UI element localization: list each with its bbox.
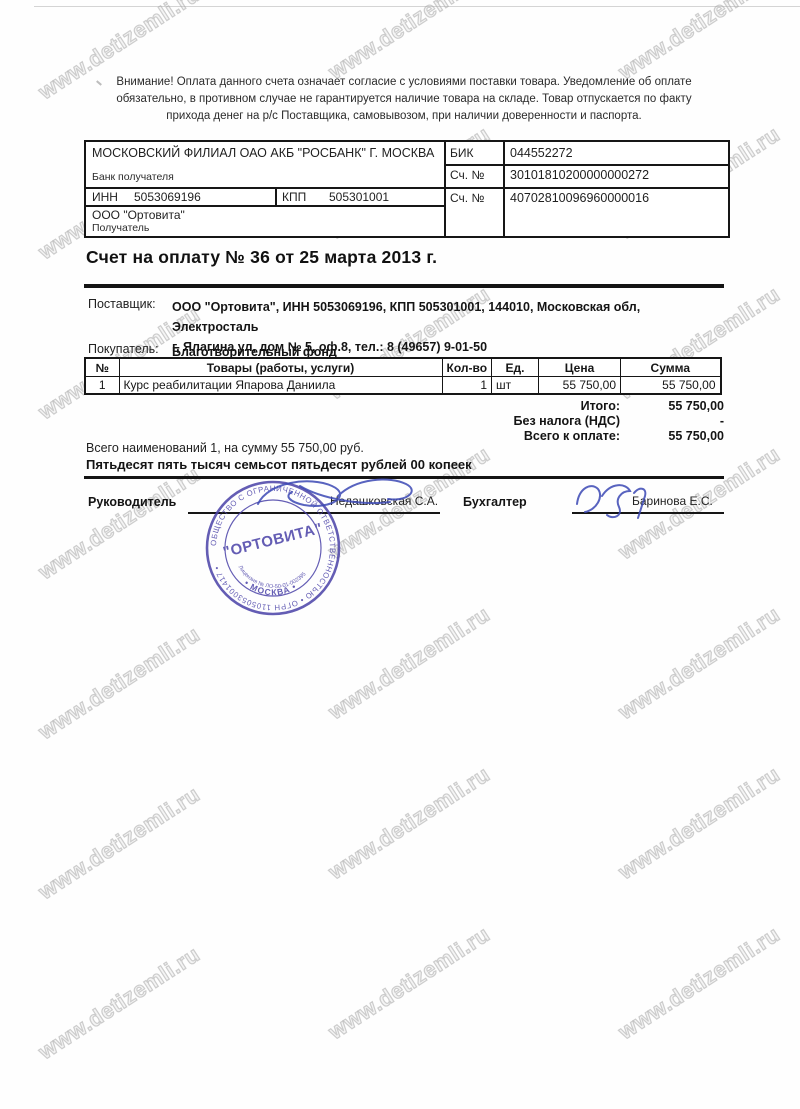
- kpp-label: КПП: [282, 190, 306, 204]
- document-content: Внимание! Оплата данного счета означает …: [0, 0, 800, 1109]
- col-price: Цена: [539, 358, 621, 377]
- item-unit: шт: [492, 377, 539, 395]
- item-qty: 1: [442, 377, 492, 395]
- item-price: 55 750,00: [539, 377, 621, 395]
- inn-label: ИНН: [92, 190, 118, 204]
- items-table-header-row: № Товары (работы, услуги) Кол-во Ед. Цен…: [85, 358, 721, 377]
- vat-value: -: [604, 414, 724, 428]
- col-qty: Кол-во: [442, 358, 492, 377]
- notice-line-3: прихода денег на р/с Поставщика, самовыв…: [84, 108, 724, 125]
- item-sum: 55 750,00: [621, 377, 721, 395]
- items-count-line: Всего наименований 1, на сумму 55 750,00…: [86, 441, 364, 455]
- total-value: 55 750,00: [604, 429, 724, 443]
- bik-label: БИК: [450, 146, 474, 160]
- title-rule: [84, 284, 724, 288]
- corr-account-label: Сч. №: [450, 168, 484, 182]
- invoice-page: www.detizemli.ruwww.detizemli.ruwww.deti…: [0, 0, 800, 1109]
- bank-name: МОСКОВСКИЙ ФИЛИАЛ ОАО АКБ "РОСБАНК" Г. М…: [92, 146, 434, 160]
- notice-line-2: обязательно, в противном случае не гаран…: [84, 91, 724, 108]
- buyer-label: Покупатель:: [88, 342, 159, 356]
- subtotal-label: Итого:: [420, 399, 620, 413]
- col-sum: Сумма: [621, 358, 721, 377]
- col-number: №: [85, 358, 119, 377]
- accountant-signature-scribble: [563, 474, 658, 524]
- table-divider: [275, 187, 277, 205]
- corr-account-value: 30101810200000000272: [510, 168, 649, 182]
- bank-name-label: Банк получателя: [92, 171, 174, 183]
- item-description: Курс реабилитации Япарова Даниила: [119, 377, 442, 395]
- director-signature-scribble: [240, 472, 455, 520]
- payee-name: ООО "Ортовита": [92, 208, 185, 222]
- amount-in-words: Пятьдесят пять тысяч семьсот пятьдесят р…: [86, 457, 472, 472]
- total-label: Всего к оплате:: [420, 429, 620, 443]
- items-table: № Товары (работы, услуги) Кол-во Ед. Цен…: [84, 357, 722, 395]
- kpp-value: 505301001: [329, 190, 389, 204]
- bik-value: 044552272: [510, 146, 573, 160]
- supplier-label: Поставщик:: [88, 297, 156, 311]
- director-label: Руководитель: [88, 495, 176, 509]
- table-divider: [444, 164, 728, 166]
- item-number: 1: [85, 377, 119, 395]
- vat-label: Без налога (НДС): [420, 414, 620, 428]
- account-value: 40702810096960000016: [510, 191, 649, 205]
- col-unit: Ед.: [492, 358, 539, 377]
- table-row: 1 Курс реабилитации Япарова Даниила 1 шт…: [85, 377, 721, 395]
- subtotal-value: 55 750,00: [604, 399, 724, 413]
- bank-details-table: МОСКОВСКИЙ ФИЛИАЛ ОАО АКБ "РОСБАНК" Г. М…: [84, 140, 730, 238]
- account-label: Сч. №: [450, 191, 484, 205]
- col-goods: Товары (работы, услуги): [119, 358, 442, 377]
- notice-line-1: Внимание! Оплата данного счета означает …: [84, 74, 724, 91]
- payment-notice: Внимание! Оплата данного счета означает …: [84, 74, 724, 125]
- table-divider: [444, 142, 446, 236]
- table-divider: [86, 205, 444, 207]
- invoice-title: Счет на оплату № 36 от 25 марта 2013 г.: [86, 247, 437, 268]
- supplier-line-1: ООО "Ортовита", ИНН 5053069196, КПП 5053…: [172, 297, 728, 337]
- table-divider: [86, 187, 728, 189]
- table-divider: [503, 142, 505, 236]
- payee-label: Получатель: [92, 222, 149, 234]
- accountant-label: Бухгалтер: [463, 495, 527, 509]
- stamp-company-name: "ОРТОВИТА": [221, 520, 324, 561]
- inn-value: 5053069196: [134, 190, 201, 204]
- stamp-city-text: • МОСКВА •: [242, 578, 298, 597]
